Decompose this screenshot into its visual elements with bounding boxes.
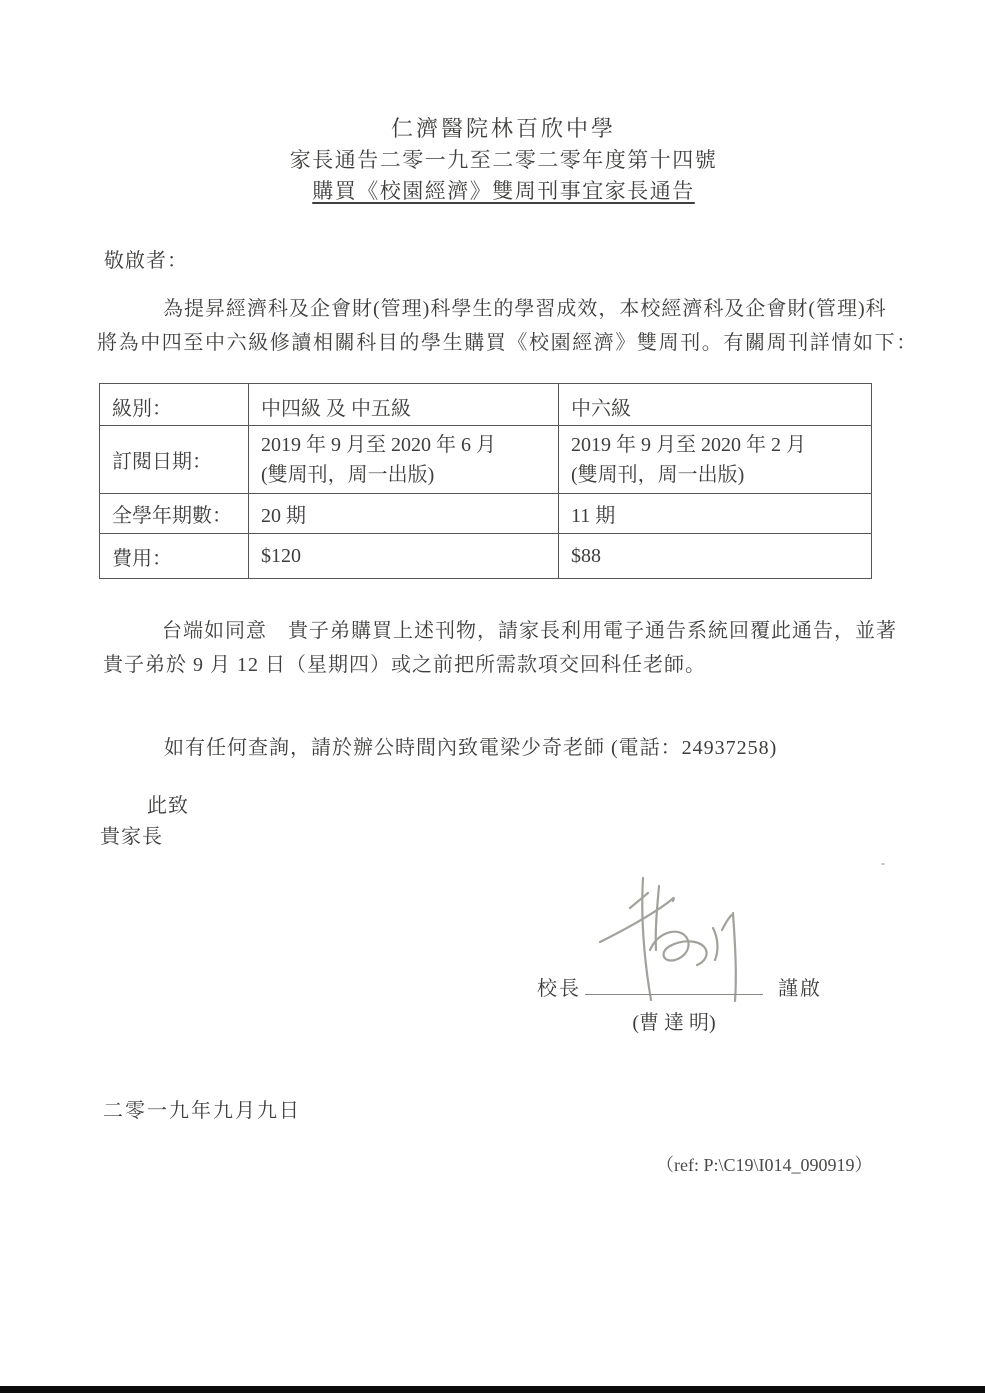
respectfully-label: 謹啟 [778, 972, 822, 1001]
closing-recipient: 貴家長 [100, 820, 163, 849]
row-label-issue-count: 全學年期數： [100, 494, 249, 534]
dates-f4f5-frequency: (雙周刊，周一出版) [261, 460, 552, 490]
paragraph1-line1: 為提昇經濟科及企會財(管理)科學生的學習成效，本校經濟科及企會財(管理)科 [163, 292, 887, 321]
enquiry-line: 如有任何查詢，請於辦公時間內致電梁少奇老師 (電話：24937258) [164, 731, 777, 760]
reference-number: （ref: P:\C19\I014_090919） [656, 1151, 873, 1177]
table-row-fee: 費用： $120 $88 [100, 534, 872, 579]
paragraph1-line2: 將為中四至中六級修讀相關科目的學生購買《校園經濟》雙周刊。有關周刊詳情如下： [97, 326, 918, 355]
cell-issues-f4f5: 20 期 [249, 494, 559, 534]
cell-level-f6: 中六級 [559, 384, 872, 426]
cell-dates-f4f5: 2019 年 9 月至 2020 年 6 月 (雙周刊，周一出版) [249, 426, 559, 494]
cell-dates-f6: 2019 年 9 月至 2020 年 2 月 (雙周刊，周一出版) [559, 426, 872, 494]
dates-f6-period: 2019 年 9 月至 2020 年 2 月 [571, 430, 865, 460]
cell-level-f4f5: 中四級 及 中五級 [249, 384, 559, 426]
school-name: 仁濟醫院林百欣中學 [22, 112, 985, 143]
issue-date: 二零一九年九月九日 [103, 1094, 301, 1123]
subscription-table: 級別： 中四級 及 中五級 中六級 訂閱日期： 2019 年 9 月至 2020… [99, 383, 872, 579]
cell-fee-f4f5: $120 [249, 534, 559, 579]
paragraph2-line1: 台端如同意 貴子弟購買上述刊物，請家長利用電子通告系統回覆此通告，並著 [162, 614, 897, 643]
handwritten-signature-icon [575, 868, 775, 1008]
salutation: 敬啟者： [104, 244, 188, 273]
table-row-issue-count: 全學年期數： 20 期 11 期 [100, 494, 872, 534]
cell-fee-f6: $88 [559, 534, 872, 579]
row-label-level: 級別： [100, 384, 249, 426]
scan-speck [881, 863, 885, 865]
principal-name: (曹 達 明) [575, 1006, 773, 1035]
dates-f4f5-period: 2019 年 9 月至 2020 年 6 月 [261, 430, 552, 460]
dates-f6-frequency: (雙周刊，周一出版) [571, 460, 865, 490]
row-label-fee: 費用： [100, 534, 249, 579]
table-row-level: 級別： 中四級 及 中五級 中六級 [100, 384, 872, 426]
row-label-subscription-dates: 訂閱日期： [100, 426, 249, 494]
scanned-letter-page: 仁濟醫院林百欣中學 家長通告二零一九至二零二零年度第十四號 購買《校園經濟》雙周… [0, 0, 985, 1393]
cell-issues-f6: 11 期 [559, 494, 872, 534]
letter-subject: 購買《校園經濟》雙周刊事宜家長通告 [22, 175, 985, 205]
notice-number: 家長通告二零一九至二零二零年度第十四號 [22, 144, 985, 174]
paragraph2-line2: 貴子弟於 9 月 12 日（星期四）或之前把所需款項交回科任老師。 [103, 648, 706, 677]
closing-salute: 此致 [147, 789, 189, 818]
table-row-subscription-dates: 訂閱日期： 2019 年 9 月至 2020 年 6 月 (雙周刊，周一出版) … [100, 426, 872, 494]
signature-line [585, 994, 763, 995]
scan-edge-bar [0, 1386, 985, 1393]
